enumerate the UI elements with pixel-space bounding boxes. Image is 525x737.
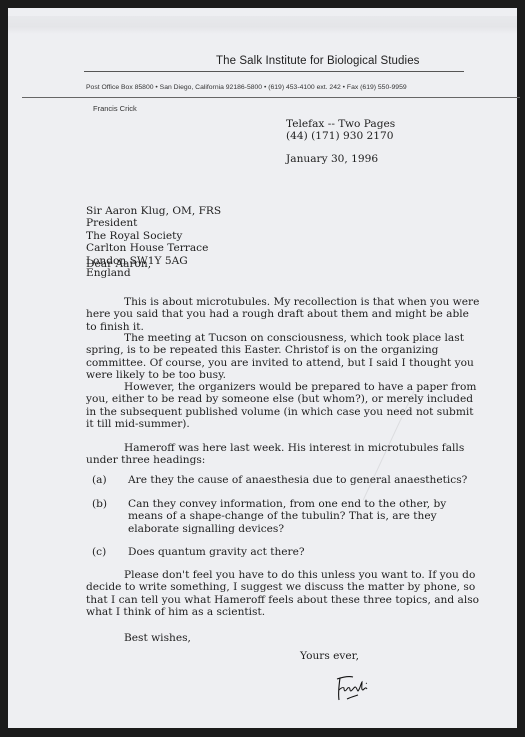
valediction: Yours ever,: [300, 650, 359, 662]
body-paragraph: Hameroff was here last week. His interes…: [86, 442, 481, 467]
institution-name: The Salk Institute for Biological Studie…: [216, 55, 420, 67]
closing: Best wishes,: [124, 632, 191, 644]
recipient-line: President: [86, 217, 221, 229]
letter-page: The Salk Institute for Biological Studie…: [8, 8, 517, 728]
letterhead-rule-bottom: [22, 97, 520, 98]
body-paragraph: This is about microtubules. My recollect…: [86, 296, 481, 333]
list-item: (b) Can they convey information, from on…: [92, 498, 482, 538]
scan-shadow: [8, 16, 517, 34]
handwritten-signature: [333, 673, 373, 705]
recipient-line: Carlton House Terrace: [86, 242, 221, 254]
list-label: (a): [92, 474, 122, 486]
paragraph-text: Hameroff was here last week. His interes…: [86, 442, 464, 466]
list-text: Are they the cause of anaesthesia due to…: [128, 474, 478, 486]
recipient-line: Sir Aaron Klug, OM, FRS: [86, 205, 221, 217]
body-paragraph: The meeting at Tucson on consciousness, …: [86, 332, 481, 382]
fax-number: (44) (171) 930 2170: [286, 130, 395, 142]
fax-pages: Telefax -- Two Pages: [286, 118, 395, 130]
fax-info: Telefax -- Two Pages (44) (171) 930 2170: [286, 118, 395, 143]
list-item: (c) Does quantum gravity act there?: [92, 546, 482, 560]
institution-address: Post Office Box 85800 • San Diego, Calif…: [86, 84, 407, 91]
paragraph-text: This is about microtubules. My recollect…: [86, 296, 479, 333]
paragraph-text: However, the organizers would be prepare…: [86, 381, 476, 430]
list-label: (c): [92, 546, 122, 558]
sender-name: Francis Crick: [93, 104, 137, 113]
paragraph-text: Please don't feel you have to do this un…: [86, 569, 479, 618]
list-text: Can they convey information, from one en…: [128, 498, 478, 535]
body-paragraph: However, the organizers would be prepare…: [86, 381, 481, 431]
paragraph-text: The meeting at Tucson on consciousness, …: [86, 332, 474, 381]
letter-date: January 30, 1996: [286, 153, 378, 165]
list-text: Does quantum gravity act there?: [128, 546, 478, 558]
list-label: (b): [92, 498, 122, 510]
list-item: (a) Are they the cause of anaesthesia du…: [92, 474, 482, 488]
recipient-line: The Royal Society: [86, 230, 221, 242]
salutation: Dear Aaron,: [86, 258, 151, 270]
body-paragraph: Please don't feel you have to do this un…: [86, 569, 481, 619]
letterhead-rule-top: [84, 71, 464, 72]
